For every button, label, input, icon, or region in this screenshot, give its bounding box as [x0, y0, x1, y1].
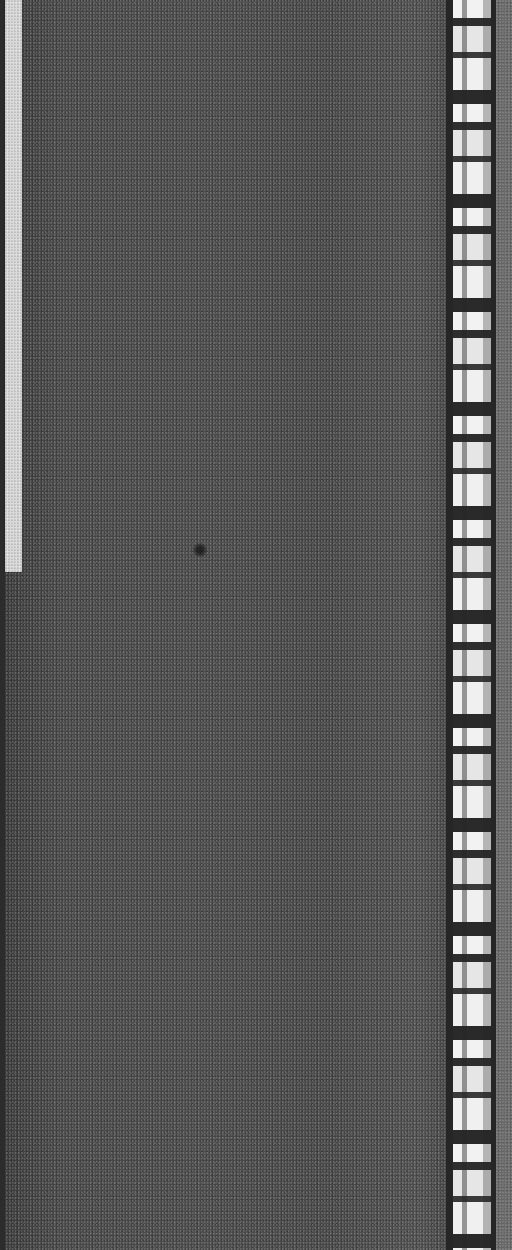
- road-surface-photo: [0, 0, 512, 1250]
- right-shoulder: [496, 0, 512, 1250]
- dark-stain: [193, 543, 207, 557]
- solid-white-edge-line: [5, 0, 22, 572]
- asphalt-texture: [0, 0, 512, 1250]
- worn-lane-marking: [453, 0, 491, 1250]
